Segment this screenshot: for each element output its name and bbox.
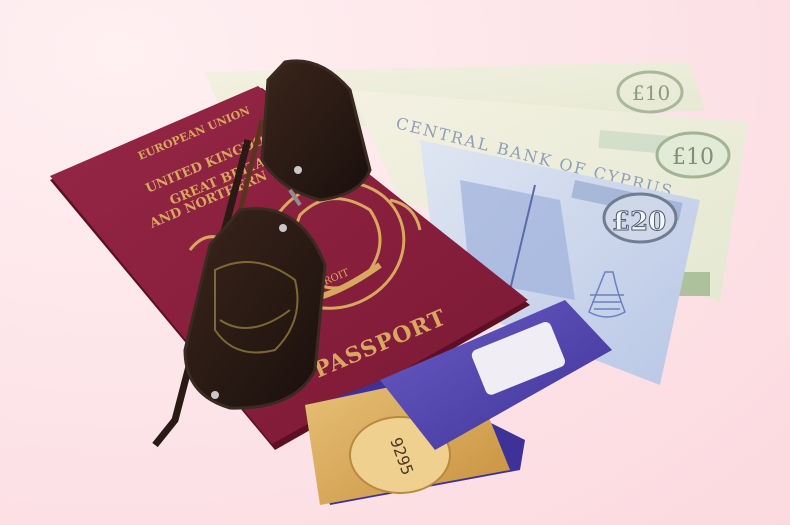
photo-scene: £10 £10 CENTRAL BANK OF CYPRUS £20 EUROP… <box>0 0 790 525</box>
svg-text:£20: £20 <box>612 207 666 237</box>
svg-text:£10: £10 <box>672 145 714 170</box>
photo-illustration: £10 £10 CENTRAL BANK OF CYPRUS £20 EUROP… <box>0 0 790 525</box>
svg-text:£10: £10 <box>632 81 670 105</box>
